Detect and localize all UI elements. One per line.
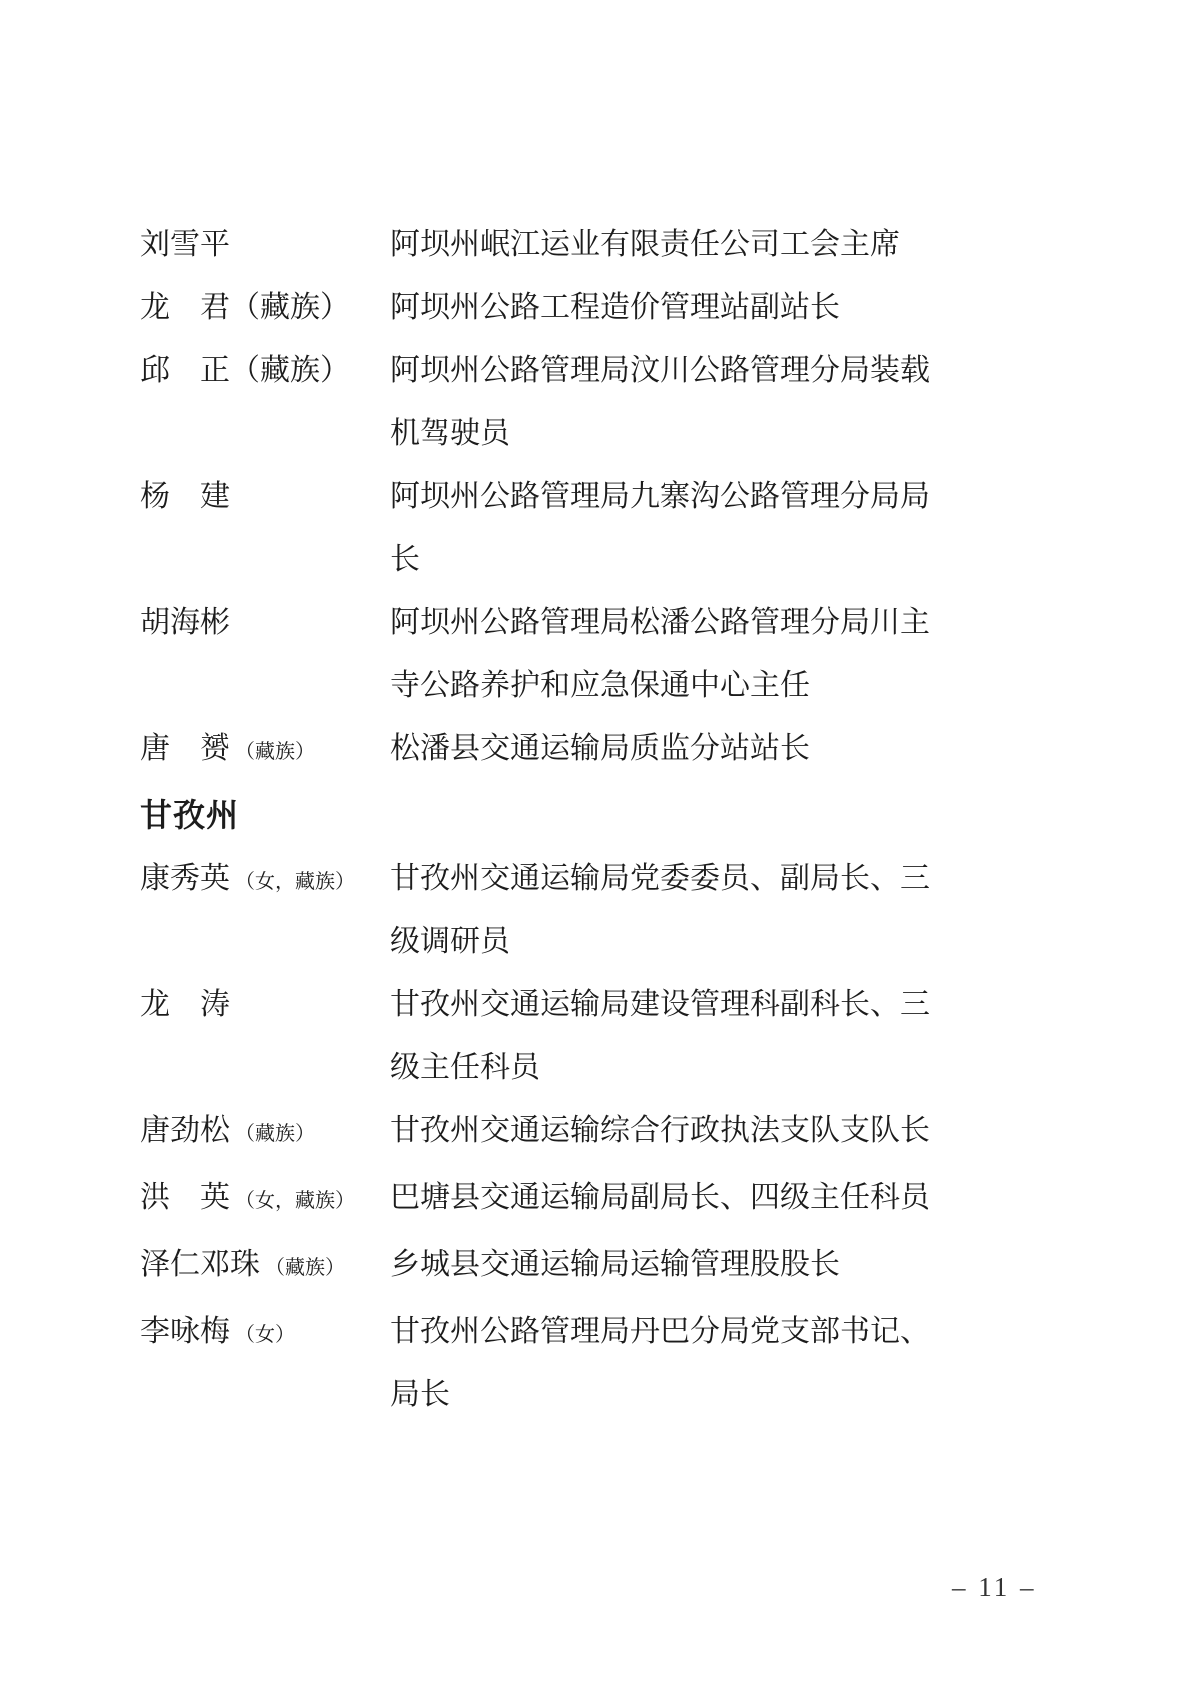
person-name: 唐 赟 xyxy=(140,732,230,765)
title-line: 机驾驶员 xyxy=(390,402,1150,465)
person-title: 甘孜州交通运输局党委委员、副局长、三级调研员 xyxy=(390,847,1150,973)
person-name-cell: 杨 建 xyxy=(140,465,390,528)
person-title: 甘孜州公路管理局丹巴分局党支部书记、局长 xyxy=(390,1300,1150,1426)
person-title: 阿坝州公路管理局九寨沟公路管理分局局长 xyxy=(390,465,1150,591)
roster-entry: 刘雪平 阿坝州岷江运业有限责任公司工会主席 xyxy=(140,213,1150,276)
person-name-cell: 邱 正（藏族） xyxy=(140,339,390,402)
person-name-cell: 胡海彬 xyxy=(140,591,390,654)
person-annotation: （藏族） xyxy=(235,1123,315,1145)
roster-entry: 唐劲松（藏族） 甘孜州交通运输综合行政执法支队支队长 xyxy=(140,1099,1150,1166)
person-annotation: （女，藏族） xyxy=(235,1190,355,1212)
title-line: 甘孜州交通运输局党委委员、副局长、三 xyxy=(390,847,1150,910)
person-name: 杨 建 xyxy=(140,480,230,513)
person-name: 唐劲松 xyxy=(140,1114,230,1147)
roster-entry: 龙 君（藏族） 阿坝州公路工程造价管理站副站长 xyxy=(140,276,1150,339)
person-name-cell: 龙 涛 xyxy=(140,973,390,1036)
person-name-cell: 泽仁邓珠（藏族） xyxy=(140,1233,390,1300)
title-line: 阿坝州岷江运业有限责任公司工会主席 xyxy=(390,213,1150,276)
person-name: 洪 英 xyxy=(140,1181,230,1214)
person-name-cell: 刘雪平 xyxy=(140,213,390,276)
person-title: 阿坝州公路工程造价管理站副站长 xyxy=(390,276,1150,339)
title-line: 松潘县交通运输局质监分站站长 xyxy=(390,717,1150,780)
person-annotation: （藏族） xyxy=(230,291,350,324)
roster-entry: 洪 英（女，藏族） 巴塘县交通运输局副局长、四级主任科员 xyxy=(140,1166,1150,1233)
title-line: 寺公路养护和应急保通中心主任 xyxy=(390,654,1150,717)
person-title: 阿坝州公路管理局汶川公路管理分局装载机驾驶员 xyxy=(390,339,1150,465)
person-name-cell: 洪 英（女，藏族） xyxy=(140,1166,390,1233)
roster-entry: 龙 涛 甘孜州交通运输局建设管理科副科长、三级主任科员 xyxy=(140,973,1150,1099)
title-line: 阿坝州公路管理局松潘公路管理分局川主 xyxy=(390,591,1150,654)
person-title: 阿坝州公路管理局松潘公路管理分局川主寺公路养护和应急保通中心主任 xyxy=(390,591,1150,717)
page-number: – 11 – xyxy=(952,1572,1037,1603)
title-line: 阿坝州公路管理局九寨沟公路管理分局局 xyxy=(390,465,1150,528)
roster-entry: 康秀英（女，藏族） 甘孜州交通运输局党委委员、副局长、三级调研员 xyxy=(140,847,1150,973)
person-name-cell: 唐劲松（藏族） xyxy=(140,1099,390,1166)
person-title: 松潘县交通运输局质监分站站长 xyxy=(390,717,1150,780)
award-roster-list: 刘雪平 阿坝州岷江运业有限责任公司工会主席 龙 君（藏族） 阿坝州公路工程造价管… xyxy=(140,213,1150,1426)
person-name: 泽仁邓珠 xyxy=(140,1248,260,1281)
person-title: 甘孜州交通运输局建设管理科副科长、三级主任科员 xyxy=(390,973,1150,1099)
person-title: 甘孜州交通运输综合行政执法支队支队长 xyxy=(390,1099,1150,1162)
title-line: 级调研员 xyxy=(390,910,1150,973)
roster-entry: 杨 建 阿坝州公路管理局九寨沟公路管理分局局长 xyxy=(140,465,1150,591)
document-page: 刘雪平 阿坝州岷江运业有限责任公司工会主席 龙 君（藏族） 阿坝州公路工程造价管… xyxy=(0,0,1200,1698)
title-line: 巴塘县交通运输局副局长、四级主任科员 xyxy=(390,1166,1150,1229)
person-annotation: （藏族） xyxy=(230,354,350,387)
title-line: 阿坝州公路管理局汶川公路管理分局装载 xyxy=(390,339,1150,402)
title-line: 乡城县交通运输局运输管理股股长 xyxy=(390,1233,1150,1296)
person-name-cell: 康秀英（女，藏族） xyxy=(140,847,390,914)
title-line: 局长 xyxy=(390,1363,1150,1426)
title-line: 甘孜州交通运输局建设管理科副科长、三 xyxy=(390,973,1150,1036)
person-annotation: （藏族） xyxy=(265,1257,345,1279)
person-annotation: （藏族） xyxy=(235,741,315,763)
person-annotation: （女，藏族） xyxy=(235,871,355,893)
person-name: 康秀英 xyxy=(140,862,230,895)
roster-entry: 泽仁邓珠（藏族） 乡城县交通运输局运输管理股股长 xyxy=(140,1233,1150,1300)
title-line: 阿坝州公路工程造价管理站副站长 xyxy=(390,276,1150,339)
roster-entry: 李咏梅（女） 甘孜州公路管理局丹巴分局党支部书记、局长 xyxy=(140,1300,1150,1426)
person-name: 胡海彬 xyxy=(140,606,230,639)
person-name: 邱 正 xyxy=(140,354,230,387)
person-name: 刘雪平 xyxy=(140,228,230,261)
title-line: 甘孜州公路管理局丹巴分局党支部书记、 xyxy=(390,1300,1150,1363)
title-line: 甘孜州交通运输综合行政执法支队支队长 xyxy=(390,1099,1150,1162)
roster-entry: 胡海彬 阿坝州公路管理局松潘公路管理分局川主寺公路养护和应急保通中心主任 xyxy=(140,591,1150,717)
person-name-cell: 唐 赟（藏族） xyxy=(140,717,390,784)
person-name: 龙 君 xyxy=(140,291,230,324)
roster-entry: 唐 赟（藏族） 松潘县交通运输局质监分站站长 xyxy=(140,717,1150,784)
person-name-cell: 李咏梅（女） xyxy=(140,1300,390,1367)
person-name-cell: 龙 君（藏族） xyxy=(140,276,390,339)
person-name: 龙 涛 xyxy=(140,988,230,1021)
roster-entry: 邱 正（藏族） 阿坝州公路管理局汶川公路管理分局装载机驾驶员 xyxy=(140,339,1150,465)
person-title: 巴塘县交通运输局副局长、四级主任科员 xyxy=(390,1166,1150,1229)
title-line: 长 xyxy=(390,528,1150,591)
person-title: 阿坝州岷江运业有限责任公司工会主席 xyxy=(390,213,1150,276)
person-title: 乡城县交通运输局运输管理股股长 xyxy=(390,1233,1150,1296)
section-header: 甘孜州 xyxy=(140,784,1150,847)
person-annotation: （女） xyxy=(235,1324,295,1346)
person-name: 李咏梅 xyxy=(140,1315,230,1348)
title-line: 级主任科员 xyxy=(390,1036,1150,1099)
